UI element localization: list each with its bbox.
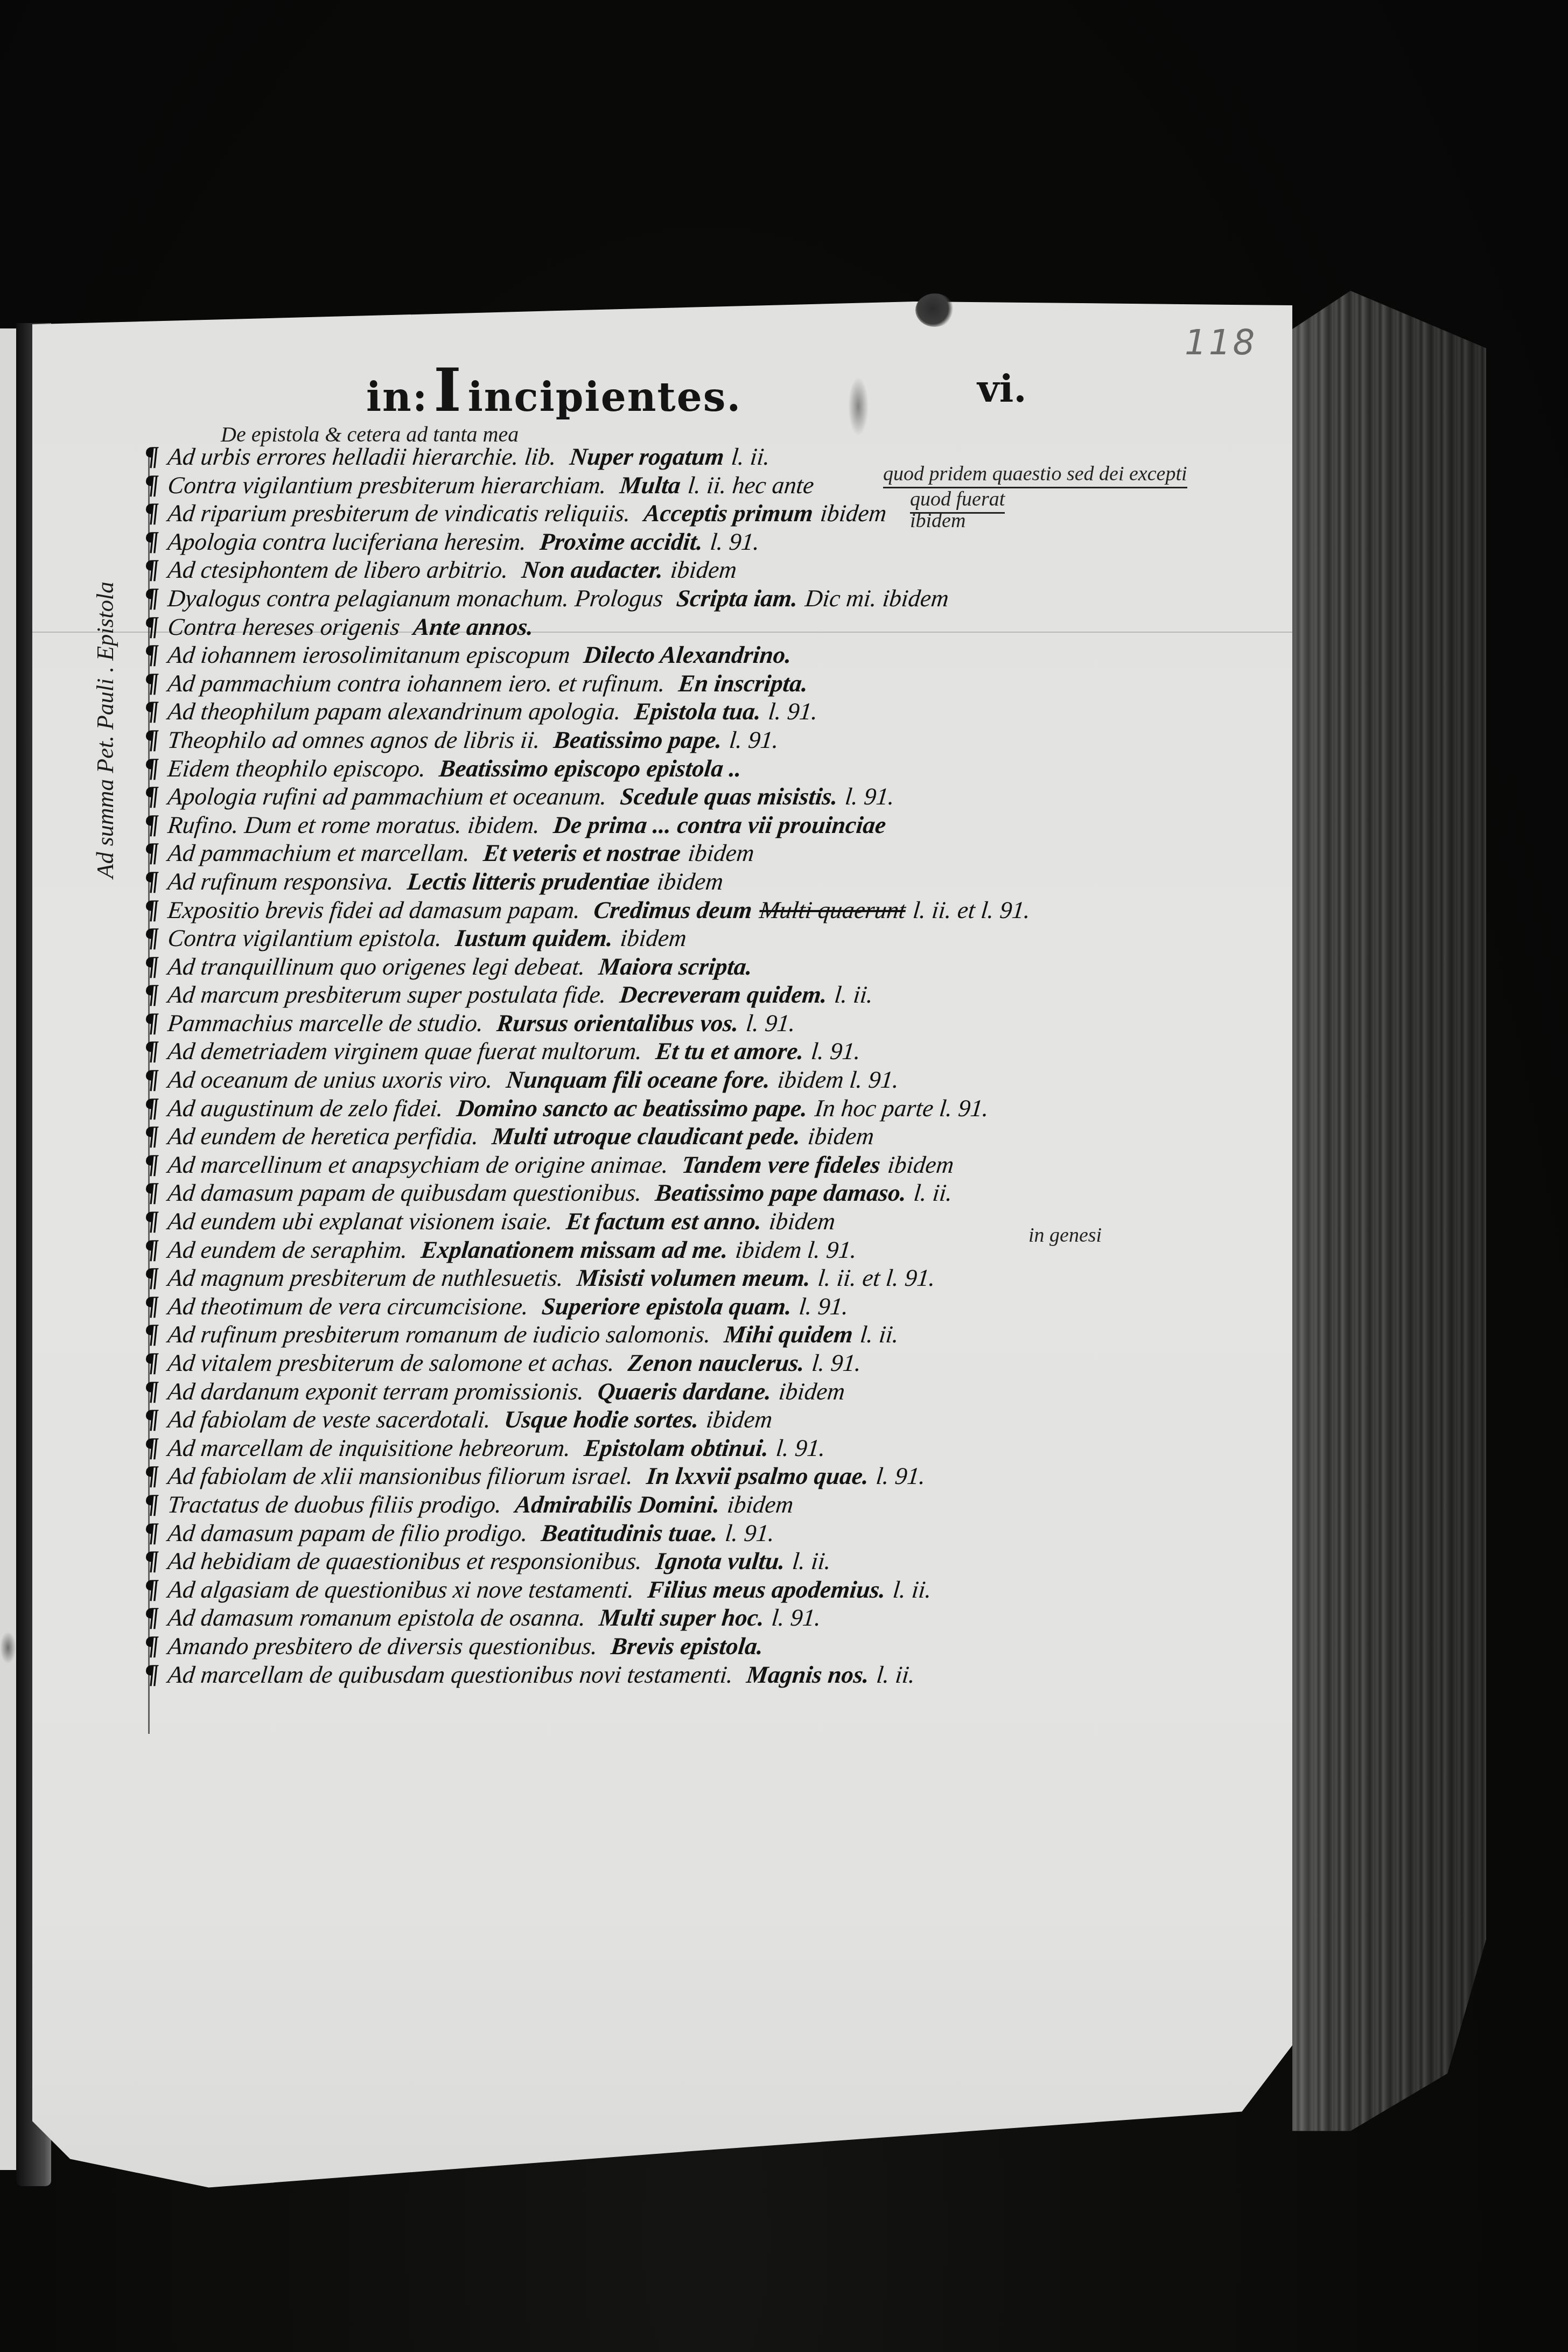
entry-title: Ad eundem de heretica perfidia. bbox=[166, 1123, 480, 1150]
entry-title: Ad rufinum responsiva. bbox=[166, 868, 395, 895]
entry-incipit: Epistola tua. bbox=[633, 698, 762, 725]
entry-title: Ad vitalem presbiterum de salomone et ac… bbox=[166, 1349, 616, 1376]
entry-incipit: Brevis epistola. bbox=[610, 1633, 765, 1660]
entry-title: Amando presbitero de diversis questionib… bbox=[166, 1633, 599, 1660]
entry-reference: ibidem bbox=[807, 1123, 876, 1150]
entry-reference: ibidem bbox=[669, 556, 738, 583]
entry-reference: l. 91. bbox=[724, 1520, 776, 1546]
vertical-margin-note: Ad summa Pet. Pauli . Epistola bbox=[92, 582, 119, 878]
entry-reference: l. 91. bbox=[875, 1462, 927, 1489]
entry-reference: l. ii. bbox=[730, 443, 772, 470]
list-item: ¶Ad ctesiphontem de libero arbitrio. Non… bbox=[143, 555, 1223, 583]
entry-title: Ad magnum presbiterum de nuthlesuetis. bbox=[166, 1264, 565, 1291]
entry-incipit: Nuper rogatum bbox=[569, 443, 726, 470]
running-head-word: incipientes. bbox=[468, 374, 742, 421]
paragraph-mark-icon: ¶ bbox=[143, 866, 169, 894]
list-item: ¶Ad damasum romanum epistola de osanna. … bbox=[143, 1602, 1223, 1631]
entry-incipit: Ante annos. bbox=[412, 613, 535, 640]
facing-page-edge bbox=[0, 328, 16, 2170]
paragraph-mark-icon: ¶ bbox=[143, 1574, 169, 1602]
entry-reference: l. ii. bbox=[892, 1576, 933, 1603]
entry-reference bbox=[758, 953, 761, 980]
entry-title: Ad demetriadem virginem quae fuerat mult… bbox=[166, 1038, 643, 1065]
entry-title: Ad algasiam de questionibus xi nove test… bbox=[166, 1576, 635, 1603]
paragraph-mark-icon: ¶ bbox=[143, 1631, 169, 1659]
entry-title: Contra vigilantium epistola. bbox=[166, 925, 443, 951]
entry-incipit: Dilecto Alexandrino. bbox=[582, 641, 793, 668]
entry-incipit: Beatitudinis tuae. bbox=[540, 1520, 719, 1546]
list-item: ¶Dyalogus contra pelagianum monachum. Pr… bbox=[143, 583, 1223, 612]
paragraph-mark-icon: ¶ bbox=[143, 810, 169, 838]
entry-reference bbox=[814, 670, 817, 697]
paragraph-mark-icon: ¶ bbox=[143, 498, 169, 526]
entry-incipit: Domino sancto ac beatissimo pape. bbox=[456, 1095, 809, 1122]
entry-incipit: Et factum est anno. bbox=[565, 1208, 763, 1235]
paragraph-mark-icon: ¶ bbox=[143, 555, 169, 583]
folio-number: 118 bbox=[1185, 323, 1257, 363]
entry-reference: ibidem bbox=[687, 839, 755, 866]
entry-title: Contra vigilantium presbiterum hierarchi… bbox=[166, 472, 607, 499]
entry-title: Ad tranquillinum quo origenes legi debea… bbox=[166, 953, 586, 980]
list-item: ¶Ad iohannem ierosolimitanum episcopum D… bbox=[143, 640, 1223, 668]
entry-incipit: Scripta iam. bbox=[675, 585, 799, 612]
entry-incipit: Quaeris dardane. bbox=[596, 1378, 773, 1405]
entry-title: Ad eundem de seraphim. bbox=[166, 1236, 409, 1263]
paragraph-mark-icon: ¶ bbox=[143, 527, 169, 555]
entry-title: Ad pammachium contra iohannem iero. et r… bbox=[166, 670, 666, 697]
entry-incipit: Beatissimo pape. bbox=[552, 726, 724, 753]
paragraph-mark-icon: ¶ bbox=[143, 1093, 169, 1121]
list-item: ¶Ad hebidiam de quaestionibus et respons… bbox=[143, 1546, 1223, 1574]
paragraph-mark-icon: ¶ bbox=[143, 640, 169, 668]
ink-smudge bbox=[848, 377, 869, 436]
entry-title: Ad marcellam de inquisitione hebreorum. bbox=[166, 1434, 572, 1461]
list-item: ¶Eidem theophilo episcopo. Beatissimo ep… bbox=[143, 753, 1223, 782]
paragraph-mark-icon: ¶ bbox=[143, 1235, 169, 1263]
list-item: ¶Ad rufinum presbiterum romanum de iudic… bbox=[143, 1319, 1223, 1348]
entry-incipit: Multa bbox=[619, 472, 682, 499]
entry-incipit: Ignota vultu. bbox=[654, 1548, 786, 1574]
entry-title: Ad oceanum de unius uxoris viro. bbox=[166, 1066, 494, 1093]
entry-incipit: Lectis litteris prudentiae bbox=[406, 868, 651, 895]
paragraph-mark-icon: ¶ bbox=[143, 1065, 169, 1093]
entry-incipit: Multi super hoc. bbox=[598, 1604, 766, 1631]
entry-reference: ibidem bbox=[768, 1208, 837, 1235]
decorated-initial: I bbox=[433, 355, 462, 425]
paragraph-mark-icon: ¶ bbox=[143, 1348, 169, 1376]
entry-title: Ad rufinum presbiterum romanum de iudici… bbox=[166, 1321, 712, 1348]
entry-reference bbox=[769, 1633, 772, 1660]
paragraph-mark-icon: ¶ bbox=[143, 1660, 169, 1688]
paragraph-mark-icon: ¶ bbox=[143, 1376, 169, 1404]
list-item: ¶Ad damasum papam de quibusdam questioni… bbox=[143, 1178, 1223, 1206]
list-item: ¶Ad damasum papam de filio prodigo. Beat… bbox=[143, 1518, 1223, 1546]
entry-title: Ad fabiolam de veste sacerdotali. bbox=[166, 1406, 492, 1433]
list-item: ¶Ad pammachium contra iohannem iero. et … bbox=[143, 668, 1223, 697]
list-item: ¶Expositio brevis fidei ad damasum papam… bbox=[143, 895, 1223, 923]
paragraph-mark-icon: ¶ bbox=[143, 1206, 169, 1234]
entry-title: Contra hereses origenis bbox=[166, 613, 401, 640]
paragraph-mark-icon: ¶ bbox=[143, 1150, 169, 1178]
entry-incipit: Beatissimo pape damaso. bbox=[654, 1179, 908, 1206]
struck-text: Multi quaerunt bbox=[758, 897, 907, 923]
entry-reference: l. 91. bbox=[844, 783, 896, 810]
entry-incipit: Multi utroque claudicant pede. bbox=[491, 1123, 802, 1150]
entry-title: Dyalogus contra pelagianum monachum. Pro… bbox=[166, 585, 664, 612]
list-item: ¶Ad theophilum papam alexandrinum apolog… bbox=[143, 696, 1223, 725]
entry-reference: l. 91. bbox=[810, 1349, 863, 1376]
paragraph-mark-icon: ¶ bbox=[143, 1518, 169, 1546]
entry-incipit: Proxime accidit. bbox=[538, 528, 704, 555]
entry-title: Ad fabiolam de xlii mansionibus filiorum… bbox=[166, 1462, 634, 1489]
entry-title: Ad ctesiphontem de libero arbitrio. bbox=[166, 556, 509, 583]
entry-reference: l. ii. et l. 91. bbox=[817, 1264, 937, 1291]
paragraph-mark-icon: ¶ bbox=[143, 668, 169, 696]
list-item: ¶Apologia rufini ad pammachium et oceanu… bbox=[143, 781, 1223, 810]
list-item: ¶Ad urbis errores helladii hierarchie. l… bbox=[143, 442, 1223, 470]
entry-reference: l. 91. bbox=[709, 528, 761, 555]
entry-incipit: Maiora scripta. bbox=[597, 953, 753, 980]
list-item: ¶Ad oceanum de unius uxoris viro. Nunqua… bbox=[143, 1065, 1223, 1093]
entry-title: Expositio brevis fidei ad damasum papam. bbox=[166, 897, 582, 923]
paragraph-mark-icon: ¶ bbox=[143, 1291, 169, 1319]
entry-incipit: Acceptis primum bbox=[643, 500, 815, 527]
list-item: ¶Ad eundem ubi explanat visionem isaie. … bbox=[143, 1206, 1223, 1235]
entry-incipit: Et tu et amore. bbox=[654, 1038, 805, 1065]
paragraph-mark-icon: ¶ bbox=[143, 753, 169, 781]
entry-title: Ad theophilum papam alexandrinum apologi… bbox=[166, 698, 622, 725]
entry-reference: l. ii. bbox=[859, 1321, 900, 1348]
running-head-prefix: in: bbox=[366, 374, 428, 421]
entry-title: Apologia contra luciferiana heresim. bbox=[166, 528, 528, 555]
entry-title: Ad damasum papam de quibusdam questionib… bbox=[166, 1179, 643, 1206]
entry-title: Ad dardanum exponit terram promissionis. bbox=[166, 1378, 585, 1405]
entry-reference: Dic mi. ibidem bbox=[804, 585, 950, 612]
paragraph-mark-icon: ¶ bbox=[143, 1178, 169, 1206]
paragraph-mark-icon: ¶ bbox=[143, 1461, 169, 1489]
entry-incipit: Misisti volumen meum. bbox=[576, 1264, 812, 1291]
entry-reference bbox=[892, 811, 895, 838]
entry-title: Theophilo ad omnes agnos de libris ii. bbox=[166, 726, 542, 753]
entry-incipit: Usque hodie sortes. bbox=[503, 1406, 701, 1433]
entry-incipit: Scedule quas misistis. bbox=[619, 783, 839, 810]
paragraph-mark-icon: ¶ bbox=[143, 1121, 169, 1149]
list-item: ¶Ad theotimum de vera circumcisione. Sup… bbox=[143, 1291, 1223, 1320]
paragraph-mark-icon: ¶ bbox=[143, 1546, 169, 1574]
entry-reference bbox=[540, 613, 542, 640]
paragraph-mark-icon: ¶ bbox=[143, 696, 169, 724]
section-number: vi. bbox=[977, 366, 1027, 411]
entry-list: ¶Ad urbis errores helladii hierarchie. l… bbox=[144, 442, 1221, 1688]
list-item: ¶Ad eundem de heretica perfidia. Multi u… bbox=[143, 1121, 1223, 1150]
entry-title: Ad riparium presbiterum de vindicatis re… bbox=[166, 500, 632, 527]
list-item: ¶Ad marcellam de inquisitione hebreorum.… bbox=[143, 1433, 1223, 1461]
paragraph-mark-icon: ¶ bbox=[143, 1319, 169, 1347]
list-item: ¶Ad tranquillinum quo origenes legi debe… bbox=[143, 951, 1223, 980]
entry-incipit: Beatissimo episcopo epistola .. bbox=[438, 755, 743, 782]
entry-reference: l. ii. hec ante bbox=[687, 472, 815, 499]
entry-title: Ad augustinum de zelo fidei. bbox=[166, 1095, 444, 1122]
entry-reference bbox=[747, 755, 750, 782]
ink-blot bbox=[915, 293, 954, 327]
entry-incipit: Mihi quidem bbox=[723, 1321, 854, 1348]
paragraph-mark-icon: ¶ bbox=[143, 951, 169, 979]
paragraph-mark-icon: ¶ bbox=[143, 838, 169, 866]
entry-title: Ad marcellam de quibusdam questionibus n… bbox=[166, 1661, 734, 1688]
entry-incipit: Nunquam fili oceane fore. bbox=[505, 1066, 772, 1093]
list-item: ¶Ad eundem de seraphim. Explanationem mi… bbox=[143, 1235, 1223, 1263]
entry-incipit: En inscripta. bbox=[677, 670, 809, 697]
list-item: ¶Ad marcellinum et anapsychiam de origin… bbox=[143, 1150, 1223, 1178]
list-item: ¶Ad fabiolam de xlii mansionibus filioru… bbox=[143, 1461, 1223, 1489]
paragraph-mark-icon: ¶ bbox=[143, 1008, 169, 1036]
entry-title: Ad urbis errores helladii hierarchie. li… bbox=[166, 443, 557, 470]
list-item: ¶Ad marcum presbiterum super postulata f… bbox=[143, 979, 1223, 1008]
entry-title: Ad damasum romanum epistola de osanna. bbox=[166, 1604, 587, 1631]
entry-title: Ad eundem ubi explanat visionem isaie. bbox=[166, 1208, 554, 1235]
list-item: ¶Ad vitalem presbiterum de salomone et a… bbox=[143, 1348, 1223, 1376]
entry-title: Rufino. Dum et rome moratus. ibidem. bbox=[166, 811, 541, 838]
list-item: ¶Ad augustinum de zelo fidei. Domino san… bbox=[143, 1093, 1223, 1122]
entry-reference bbox=[797, 641, 800, 668]
entry-incipit: Admirabilis Domini. bbox=[514, 1491, 721, 1518]
paragraph-mark-icon: ¶ bbox=[143, 1036, 169, 1064]
entry-reference: l. 91. bbox=[775, 1434, 827, 1461]
list-item: ¶Pammachius marcelle de studio. Rursus o… bbox=[143, 1008, 1223, 1037]
entry-reference: l. ii. bbox=[913, 1179, 954, 1206]
entry-reference: l. ii. bbox=[833, 981, 874, 1008]
list-item: ¶Theophilo ad omnes agnos de libris ii. … bbox=[143, 725, 1223, 753]
entry-incipit: Epistolam obtinui. bbox=[583, 1434, 770, 1461]
entry-reference: l. 91. bbox=[771, 1604, 823, 1631]
entry-incipit: Iustum quidem. bbox=[454, 925, 614, 951]
entry-incipit: Tandem vere fideles bbox=[681, 1151, 882, 1178]
entry-incipit: Rursus orientalibus vos. bbox=[495, 1010, 740, 1037]
paragraph-mark-icon: ¶ bbox=[143, 979, 169, 1007]
entry-title: Ad hebidiam de quaestionibus et responsi… bbox=[166, 1548, 643, 1574]
list-item: ¶Ad algasiam de questionibus xi nove tes… bbox=[143, 1574, 1223, 1603]
paragraph-mark-icon: ¶ bbox=[143, 923, 169, 951]
list-item: ¶Contra hereses origenis Ante annos. bbox=[143, 612, 1223, 640]
entry-reference: l. ii. bbox=[876, 1661, 917, 1688]
paragraph-mark-icon: ¶ bbox=[143, 895, 169, 923]
list-item: ¶Ad marcellam de quibusdam questionibus … bbox=[143, 1660, 1223, 1688]
paragraph-mark-icon: ¶ bbox=[143, 725, 169, 753]
entry-title: Ad iohannem ierosolimitanum episcopum bbox=[166, 641, 571, 668]
entry-reference: ibidem bbox=[886, 1151, 955, 1178]
list-item: ¶Ad demetriadem virginem quae fuerat mul… bbox=[143, 1036, 1223, 1065]
paragraph-mark-icon: ¶ bbox=[143, 781, 169, 809]
entry-reference: ibidem l. 91. bbox=[776, 1066, 900, 1093]
entry-incipit: Et veteris et nostrae bbox=[482, 839, 682, 866]
entry-reference: ibidem bbox=[656, 868, 725, 895]
entry-incipit: Credimus deum bbox=[592, 897, 753, 923]
list-item: ¶Contra vigilantium presbiterum hierarch… bbox=[143, 470, 1223, 499]
paragraph-mark-icon: ¶ bbox=[143, 470, 169, 498]
book-fore-edge bbox=[1292, 291, 1486, 2208]
entry-reference: ibidem bbox=[705, 1406, 774, 1433]
entry-reference: In hoc parte l. 91. bbox=[814, 1095, 990, 1122]
entry-title: Ad damasum papam de filio prodigo. bbox=[166, 1520, 529, 1546]
list-item: ¶Tractatus de duobus filiis prodigo. Adm… bbox=[143, 1489, 1223, 1518]
list-item: ¶Amando presbitero de diversis questioni… bbox=[143, 1631, 1223, 1660]
list-item: ¶Ad magnum presbiterum de nuthlesuetis. … bbox=[143, 1263, 1223, 1291]
list-item: ¶Ad dardanum exponit terram promissionis… bbox=[143, 1376, 1223, 1405]
entry-incipit: De prima ... contra vii prouinciae bbox=[552, 811, 887, 838]
entry-title: Apologia rufini ad pammachium et oceanum… bbox=[166, 783, 608, 810]
list-item: ¶Ad fabiolam de veste sacerdotali. Usque… bbox=[143, 1404, 1223, 1433]
paragraph-mark-icon: ¶ bbox=[143, 1489, 169, 1517]
entry-title: Tractatus de duobus filiis prodigo. bbox=[166, 1491, 503, 1518]
entry-reference: l. 91. bbox=[798, 1293, 850, 1320]
entry-incipit: Superiore epistola quam. bbox=[541, 1293, 793, 1320]
entry-reference: l. 91. bbox=[810, 1038, 862, 1065]
paragraph-mark-icon: ¶ bbox=[143, 1404, 169, 1432]
entry-title: Ad theotimum de vera circumcisione. bbox=[166, 1293, 530, 1320]
paragraph-mark-icon: ¶ bbox=[143, 1602, 169, 1630]
entry-reference: l. ii. et l. 91. bbox=[912, 897, 1032, 923]
entry-reference: l. 91. bbox=[745, 1010, 797, 1037]
entry-incipit: In lxxvii psalmo quae. bbox=[645, 1462, 870, 1489]
entry-title: Ad marcum presbiterum super postulata fi… bbox=[166, 981, 607, 1008]
entry-reference: l. ii. bbox=[791, 1548, 832, 1574]
entry-incipit: Filius meus apodemius. bbox=[647, 1576, 887, 1603]
entry-incipit: Explanationem missam ad me. bbox=[419, 1236, 729, 1263]
list-item: ¶Apologia contra luciferiana heresim. Pr… bbox=[143, 527, 1223, 555]
entry-title: Pammachius marcelle de studio. bbox=[166, 1010, 485, 1037]
paragraph-mark-icon: ¶ bbox=[143, 583, 169, 611]
entry-reference: ibidem bbox=[778, 1378, 846, 1405]
entry-incipit: Non audacter. bbox=[520, 556, 664, 583]
list-item: ¶Ad rufinum responsiva. Lectis litteris … bbox=[143, 866, 1223, 895]
stray-mark bbox=[0, 1632, 16, 1664]
entry-reference: l. 91. bbox=[728, 726, 780, 753]
paragraph-mark-icon: ¶ bbox=[143, 442, 169, 470]
running-head: in:Iincipientes. bbox=[366, 355, 741, 425]
list-item: ¶Rufino. Dum et rome moratus. ibidem. De… bbox=[143, 810, 1223, 838]
paragraph-mark-icon: ¶ bbox=[143, 1263, 169, 1291]
entry-reference: ibidem bbox=[726, 1491, 795, 1518]
entry-title: Ad marcellinum et anapsychiam de origine… bbox=[166, 1151, 670, 1178]
entry-title: Eidem theophilo episcopo. bbox=[166, 755, 427, 782]
entry-incipit: Zenon nauclerus. bbox=[627, 1349, 806, 1376]
list-item: ¶Ad pammachium et marcellam. Et veteris … bbox=[143, 838, 1223, 866]
paragraph-mark-icon: ¶ bbox=[143, 612, 169, 640]
entry-incipit: Decreveram quidem. bbox=[619, 981, 829, 1008]
entry-incipit: Magnis nos. bbox=[745, 1661, 871, 1688]
entry-reference: ibidem bbox=[619, 925, 688, 951]
entry-reference: l. 91. bbox=[767, 698, 820, 725]
entry-title: Ad pammachium et marcellam. bbox=[166, 839, 471, 866]
paragraph-mark-icon: ¶ bbox=[143, 1433, 169, 1461]
entry-reference: ibidem l. 91. bbox=[734, 1236, 858, 1263]
entry-reference: ibidem bbox=[819, 500, 888, 527]
list-item: ¶Contra vigilantium epistola. Iustum qui… bbox=[143, 923, 1223, 951]
list-item: ¶Ad riparium presbiterum de vindicatis r… bbox=[143, 498, 1223, 527]
